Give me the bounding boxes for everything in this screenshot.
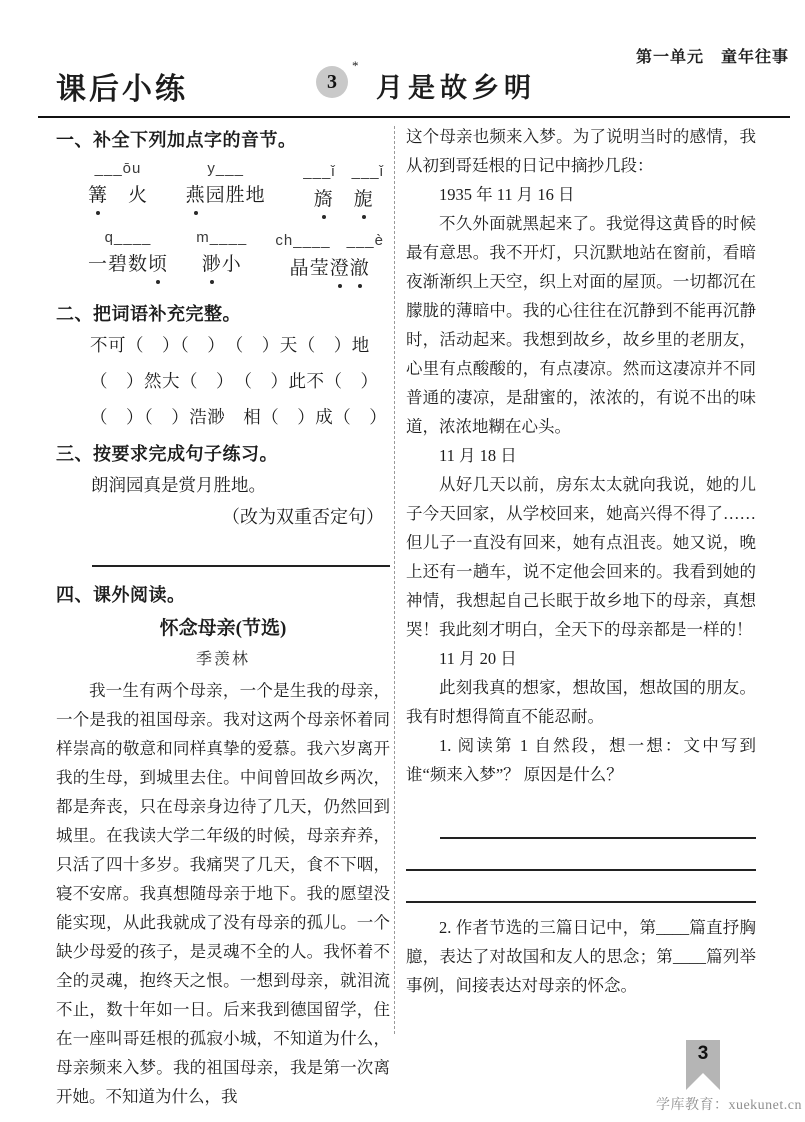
section-3-heading: 三、按要求完成句子练习。 (56, 440, 390, 466)
section-1-heading: 一、补全下列加点字的音节。 (56, 126, 390, 152)
answer-line (406, 839, 756, 871)
column-divider (394, 126, 395, 1034)
section-4-heading: 四、课外阅读。 (56, 581, 390, 607)
pinyin-item: y___ 燕园胜地 (186, 160, 266, 211)
lesson-star: * (352, 58, 359, 74)
pinyin-item: ___ǐ ___ǐ 旖 旎 (303, 160, 384, 211)
dotted-word: 篝 火 (88, 180, 148, 207)
pinyin-blank: m____ (196, 229, 247, 246)
answer-line (406, 871, 756, 903)
sentence-prompt: 朗润园真是赏月胜地。 (56, 472, 390, 497)
pinyin-item: ch____ ___è 晶莹澄澈 (275, 229, 384, 280)
page-number-bookmark: 3 (686, 1040, 720, 1090)
fill-row: （ ）然大（ ） （ ）此不（ ） (90, 368, 390, 393)
reading-paragraph: 我一生有两个母亲，一个是生我的母亲，一个是我的祖国母亲。我对这两个母亲怀着同样崇… (56, 676, 390, 1111)
reading-author: 季羡林 (56, 646, 390, 669)
pinyin-item: ___ōu 篝 火 (88, 160, 148, 211)
lesson-title: 月是故乡明 (376, 66, 536, 105)
unit-label: 第一单元 童年往事 (636, 44, 789, 67)
reading-paragraph-continued: 这个母亲也频来入梦。为了说明当时的感情，我从初到哥廷根的日记中摘抄几段： (406, 122, 756, 180)
question-1: 1. 阅读第 1 自然段，想一想：文中写到谁“频来入梦”？ 原因是什么？ (406, 731, 756, 789)
diary-text-2: 从好几天以前，房东太太就向我说，她的儿子今天回家，从学校回来，她高兴得不得了……… (406, 470, 756, 644)
pinyin-blank: q____ (88, 229, 168, 246)
worksheet-page: 第一单元 童年往事 课后小练 3 * 月是故乡明 一、补全下列加点字的音节。 _… (0, 0, 805, 1122)
answer-line (440, 807, 756, 839)
diary-text-3: 此刻我真的想家，想故国，想故国的朋友。我有时想得简直不能忍耐。 (406, 673, 756, 731)
diary-date-2: 11 月 18 日 (406, 441, 756, 470)
pinyin-blank: y___ (186, 160, 266, 177)
pinyin-row-1: ___ōu 篝 火 y___ 燕园胜地 ___ǐ ___ǐ 旖 旎 (56, 158, 390, 227)
pinyin-item: m____ 渺小 (196, 229, 247, 280)
fill-row: （ ）（ ）浩渺 相（ ）成（ ） (90, 404, 390, 429)
fill-row: 不可（ ）（ ） （ ）天（ ）地 (90, 332, 390, 357)
dotted-word: 一碧数顷 (88, 249, 168, 276)
diary-text-1: 不久外面就黑起来了。我觉得这黄昏的时候最有意思。我不开灯，只沉默地站在窗前，看暗… (406, 209, 756, 441)
diary-date-1: 1935 年 11 月 16 日 (406, 180, 756, 209)
dotted-word: 燕园胜地 (186, 180, 266, 207)
dotted-word: 晶莹澄澈 (275, 253, 384, 280)
footer-site-label: 学库教育：xuekunet.cn (656, 1094, 802, 1114)
pinyin-item: q____ 一碧数顷 (88, 229, 168, 280)
right-column: 这个母亲也频来入梦。为了说明当时的感情，我从初到哥廷根的日记中摘抄几段： 193… (406, 122, 756, 1000)
reading-title: 怀念母亲(节选) (56, 613, 390, 640)
section-2-heading: 二、把词语补充完整。 (56, 300, 390, 326)
question-2: 2. 作者节选的三篇日记中，第____篇直抒胸臆，表达了对故国和友人的思念；第_… (406, 913, 756, 1000)
dotted-word: 渺小 (196, 249, 247, 276)
dotted-word: 旖 旎 (303, 184, 384, 211)
brand-logo: 课后小练 (56, 64, 188, 108)
left-column: 一、补全下列加点字的音节。 ___ōu 篝 火 y___ 燕园胜地 ___ǐ _… (56, 126, 390, 1111)
header-rule (38, 116, 790, 118)
lesson-number-badge: 3 (316, 66, 348, 98)
pinyin-blank: ___ōu (88, 160, 148, 177)
pinyin-blank: ch____ ___è (275, 229, 384, 250)
pinyin-blank: ___ǐ ___ǐ (303, 160, 384, 181)
pinyin-row-2: q____ 一碧数顷 m____ 渺小 ch____ ___è 晶莹澄澈 (56, 227, 390, 296)
answer-line (92, 539, 390, 567)
diary-date-3: 11 月 20 日 (406, 644, 756, 673)
rewrite-instruction: （改为双重否定句） (56, 503, 390, 529)
